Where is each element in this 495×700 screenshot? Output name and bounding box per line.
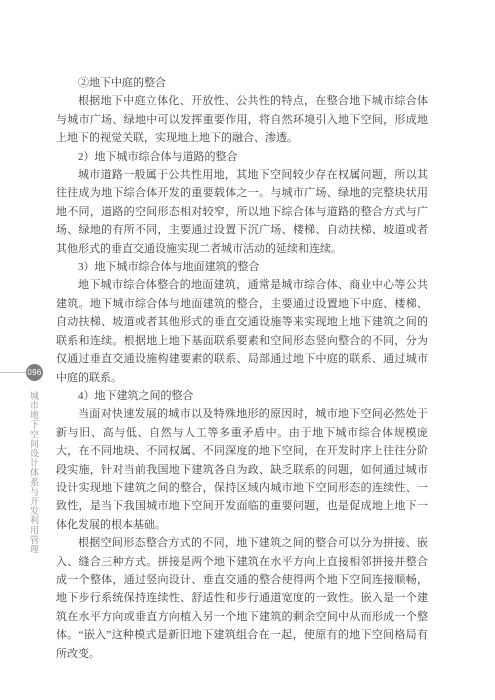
body-text-column: ②地下中庭的整合 根据地下中庭立体化、开放性、公共性的特点，在整合地下城市综合体… (56, 74, 428, 663)
subheading-underground-atrium: ②地下中庭的整合 (56, 74, 428, 92)
paragraph-underground-atrium: 根据地下中庭立体化、开放性、公共性的特点，在整合地下城市综合体与城市广场、绿地中… (56, 92, 428, 147)
subheading-complex-and-buildings: 3）地下城市综合体与地面建筑的整合 (56, 258, 428, 276)
subheading-between-buildings: 4）地下建筑之间的整合 (56, 387, 428, 405)
page-number-badge: 096 (26, 364, 43, 381)
paragraph-between-buildings-1: 当面对快速发展的城市以及特殊地形的原因时，城市地下空间必然处于新与旧、高与低、自… (56, 405, 428, 534)
paragraph-complex-and-roads: 城市道路一般属于公共性用地，其地下空间较少存在权属问题，所以其往往成为地下综合体… (56, 166, 428, 258)
paragraph-between-buildings-2: 根据空间形态整合方式的不同，地下建筑之间的整合可以分为拼接、嵌入、缝合三种方式。… (56, 534, 428, 663)
subheading-complex-and-roads: 2）地下城市综合体与道路的整合 (56, 148, 428, 166)
book-page: 096 城市地下空间设计体系与开发利用管理 ②地下中庭的整合 根据地下中庭立体化… (0, 0, 495, 700)
spine-title: 城市地下空间设计体系与开发利用管理 (28, 391, 41, 554)
paragraph-complex-and-buildings: 地下城市综合体整合的地面建筑，通常是城市综合体、商业中心等公共建筑。地下城市综合… (56, 276, 428, 386)
margin-rule-line (0, 372, 27, 373)
